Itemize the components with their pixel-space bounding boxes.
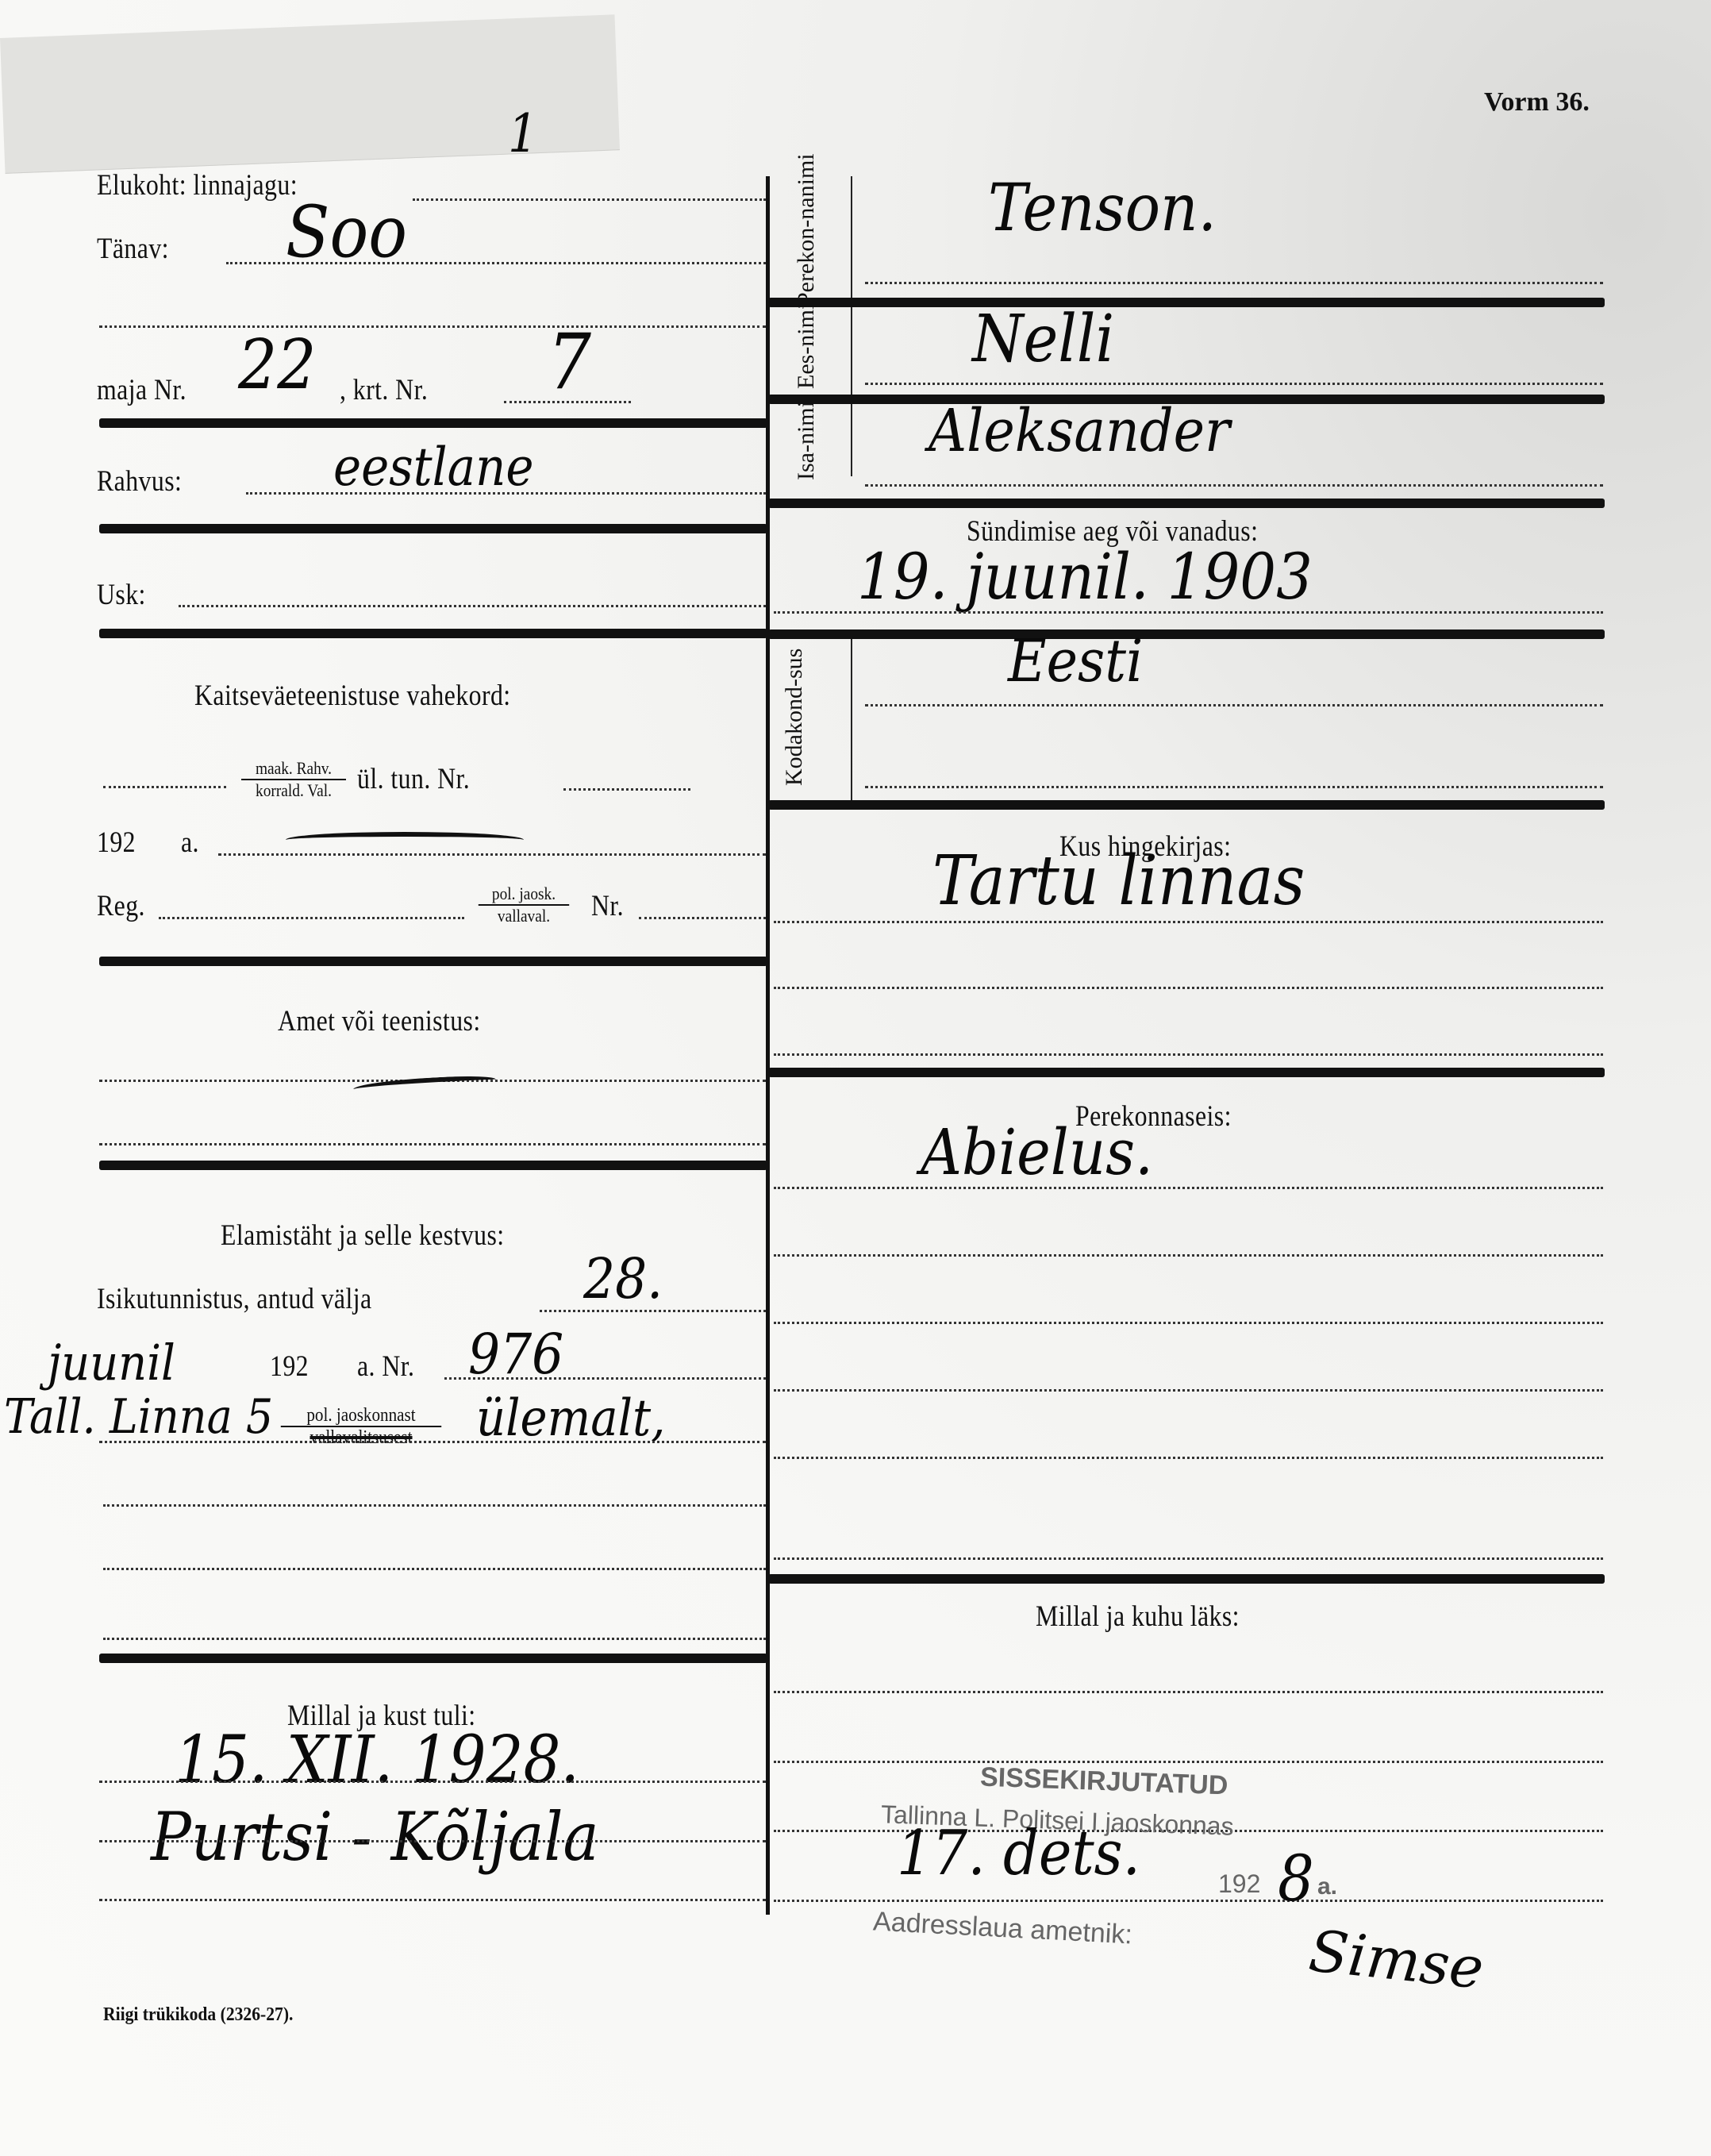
residence-label: Elukoht: linnajagu: <box>97 168 298 202</box>
divider <box>99 524 767 533</box>
marital-line-1[interactable] <box>774 1187 1603 1189</box>
permit-line-1[interactable] <box>103 1504 766 1507</box>
street-label: Tänav: <box>97 232 169 266</box>
surname-value: Tenson. <box>988 171 1217 246</box>
street-value: Soo <box>286 191 407 274</box>
reg-frac-top: pol. jaosk. <box>479 884 569 906</box>
marital-line-5[interactable] <box>774 1457 1603 1459</box>
religion-label: Usk: <box>97 578 146 612</box>
printer-imprint: Riigi trükikoda (2326-27). <box>103 2004 293 2026</box>
divider <box>99 629 767 638</box>
military-line-1[interactable] <box>103 786 226 788</box>
military-fraction: maak. Rahv. korrald. Val. <box>241 758 346 801</box>
citizenship-line-2[interactable] <box>865 786 1603 788</box>
divider <box>99 1161 767 1170</box>
stamp-year-value: 8 <box>1278 1842 1314 1915</box>
permit-line-2[interactable] <box>103 1568 766 1570</box>
reg-frac-bottom: vallaval. <box>498 906 550 926</box>
citizenship-line-1[interactable] <box>865 704 1603 706</box>
marital-line-4[interactable] <box>774 1389 1603 1392</box>
departure-heading: Millal ja kuhu läks: <box>1036 1600 1240 1634</box>
id-nr-value: 976 <box>468 1322 563 1387</box>
nationality-value: eestlane <box>333 437 533 498</box>
divider <box>768 629 1605 639</box>
register-line-2[interactable] <box>774 987 1603 989</box>
register-value: Tartu linnas <box>932 841 1305 921</box>
military-frac-top: maak. Rahv. <box>241 758 346 780</box>
surname-label: Perekon-nanimi <box>794 171 849 306</box>
departure-line-4[interactable] <box>774 1900 1603 1902</box>
apt-label: , krt. Nr. <box>340 373 428 407</box>
street-line-2[interactable] <box>99 325 766 328</box>
arrival-line-2[interactable] <box>99 1840 766 1842</box>
birth-value: 19. juunil. 1903 <box>857 540 1313 614</box>
house-value: 22 <box>238 325 316 405</box>
fathername-label: Isa-nimi <box>794 401 849 480</box>
military-heading: Kaitseväeteenistuse vahekord: <box>194 679 511 713</box>
id-month-value: juunil <box>48 1334 175 1392</box>
firstname-label: Ees-nimi <box>794 310 849 389</box>
religion-line[interactable] <box>179 605 766 607</box>
military-suffix: ül. tun. Nr. <box>357 762 470 796</box>
nationality-label: Rahvus: <box>97 464 182 499</box>
military-year-dash <box>286 832 524 848</box>
id-label: Isikutunnistus, antud välja <box>97 1282 372 1316</box>
divider <box>768 298 1605 307</box>
label-column-divider-2 <box>851 639 852 802</box>
surname-line[interactable] <box>865 282 1603 284</box>
stamp-year-suffix: a. <box>1317 1873 1337 1900</box>
divider <box>768 800 1605 810</box>
id-issuer-suffix: ülemalt, <box>476 1389 665 1448</box>
id-issuer-frac-bottom: vallavalitsusest <box>310 1427 412 1448</box>
stamp-date: 17. dets. <box>897 1818 1140 1889</box>
reg-fraction: pol. jaosk. vallaval. <box>479 884 569 926</box>
house-label: maja Nr. <box>97 373 186 407</box>
marital-value: Abielus. <box>921 1115 1153 1189</box>
id-issuer-line[interactable] <box>99 1441 766 1443</box>
arrival-date: 15. XII. 1928. <box>175 1723 579 1798</box>
firstname-line[interactable] <box>865 383 1603 385</box>
marital-line-2[interactable] <box>774 1254 1603 1257</box>
citizenship-value: Eesti <box>1008 627 1143 695</box>
divider <box>768 1068 1605 1077</box>
birth-line[interactable] <box>774 611 1603 614</box>
fathername-value: Aleksander <box>929 397 1230 465</box>
arrival-line-1[interactable] <box>99 1781 766 1783</box>
stamp-year-label: 192 <box>1218 1869 1260 1899</box>
id-issuer-prefix: Tall. Linna 5 <box>4 1389 273 1445</box>
register-line-3[interactable] <box>774 1053 1603 1056</box>
divider <box>768 1574 1605 1584</box>
apt-value: 7 <box>548 318 591 406</box>
military-frac-bottom: korrald. Val. <box>256 780 332 800</box>
register-line-1[interactable] <box>774 921 1603 923</box>
citizenship-label: Kodakond-sus <box>782 651 837 786</box>
divider <box>768 499 1605 508</box>
reg-line[interactable] <box>159 917 464 919</box>
occupation-line-2[interactable] <box>99 1143 766 1145</box>
firstname-value: Nelli <box>972 302 1114 377</box>
divider <box>99 957 767 966</box>
reg-nr-line[interactable] <box>639 917 766 919</box>
residence-permit-heading: Elamistäht ja selle kestvus: <box>221 1219 505 1253</box>
reg-nr-label: Nr. <box>591 889 624 923</box>
id-issuer-frac-top: pol. jaoskonnast <box>281 1405 441 1427</box>
military-year-suffix: a. <box>181 826 199 860</box>
divider <box>99 418 767 428</box>
marital-line-3[interactable] <box>774 1322 1603 1324</box>
permit-line-3[interactable] <box>103 1638 766 1640</box>
fathername-line[interactable] <box>865 484 1603 487</box>
id-year-label: 192 <box>270 1349 309 1384</box>
form-number: Vorm 36. <box>1484 87 1590 117</box>
id-nr-label: a. Nr. <box>357 1349 414 1384</box>
id-day-value: 28. <box>583 1246 663 1311</box>
arrival-place: Purtsi - Kõljala <box>151 1798 599 1876</box>
residence-value: 1 <box>508 103 538 164</box>
military-line-2[interactable] <box>563 788 690 791</box>
arrival-line-3[interactable] <box>99 1899 766 1901</box>
military-year-label: 192 <box>97 826 136 860</box>
reg-label: Reg. <box>97 889 145 923</box>
label-column-divider <box>851 176 852 476</box>
departure-line-1[interactable] <box>774 1691 1603 1693</box>
residence-line[interactable] <box>413 198 766 201</box>
military-year-line[interactable] <box>218 853 766 856</box>
occupation-heading: Amet või teenistus: <box>278 1004 481 1038</box>
departure-line-2[interactable] <box>774 1761 1603 1763</box>
marital-line-6[interactable] <box>774 1557 1603 1560</box>
divider <box>99 1654 767 1663</box>
